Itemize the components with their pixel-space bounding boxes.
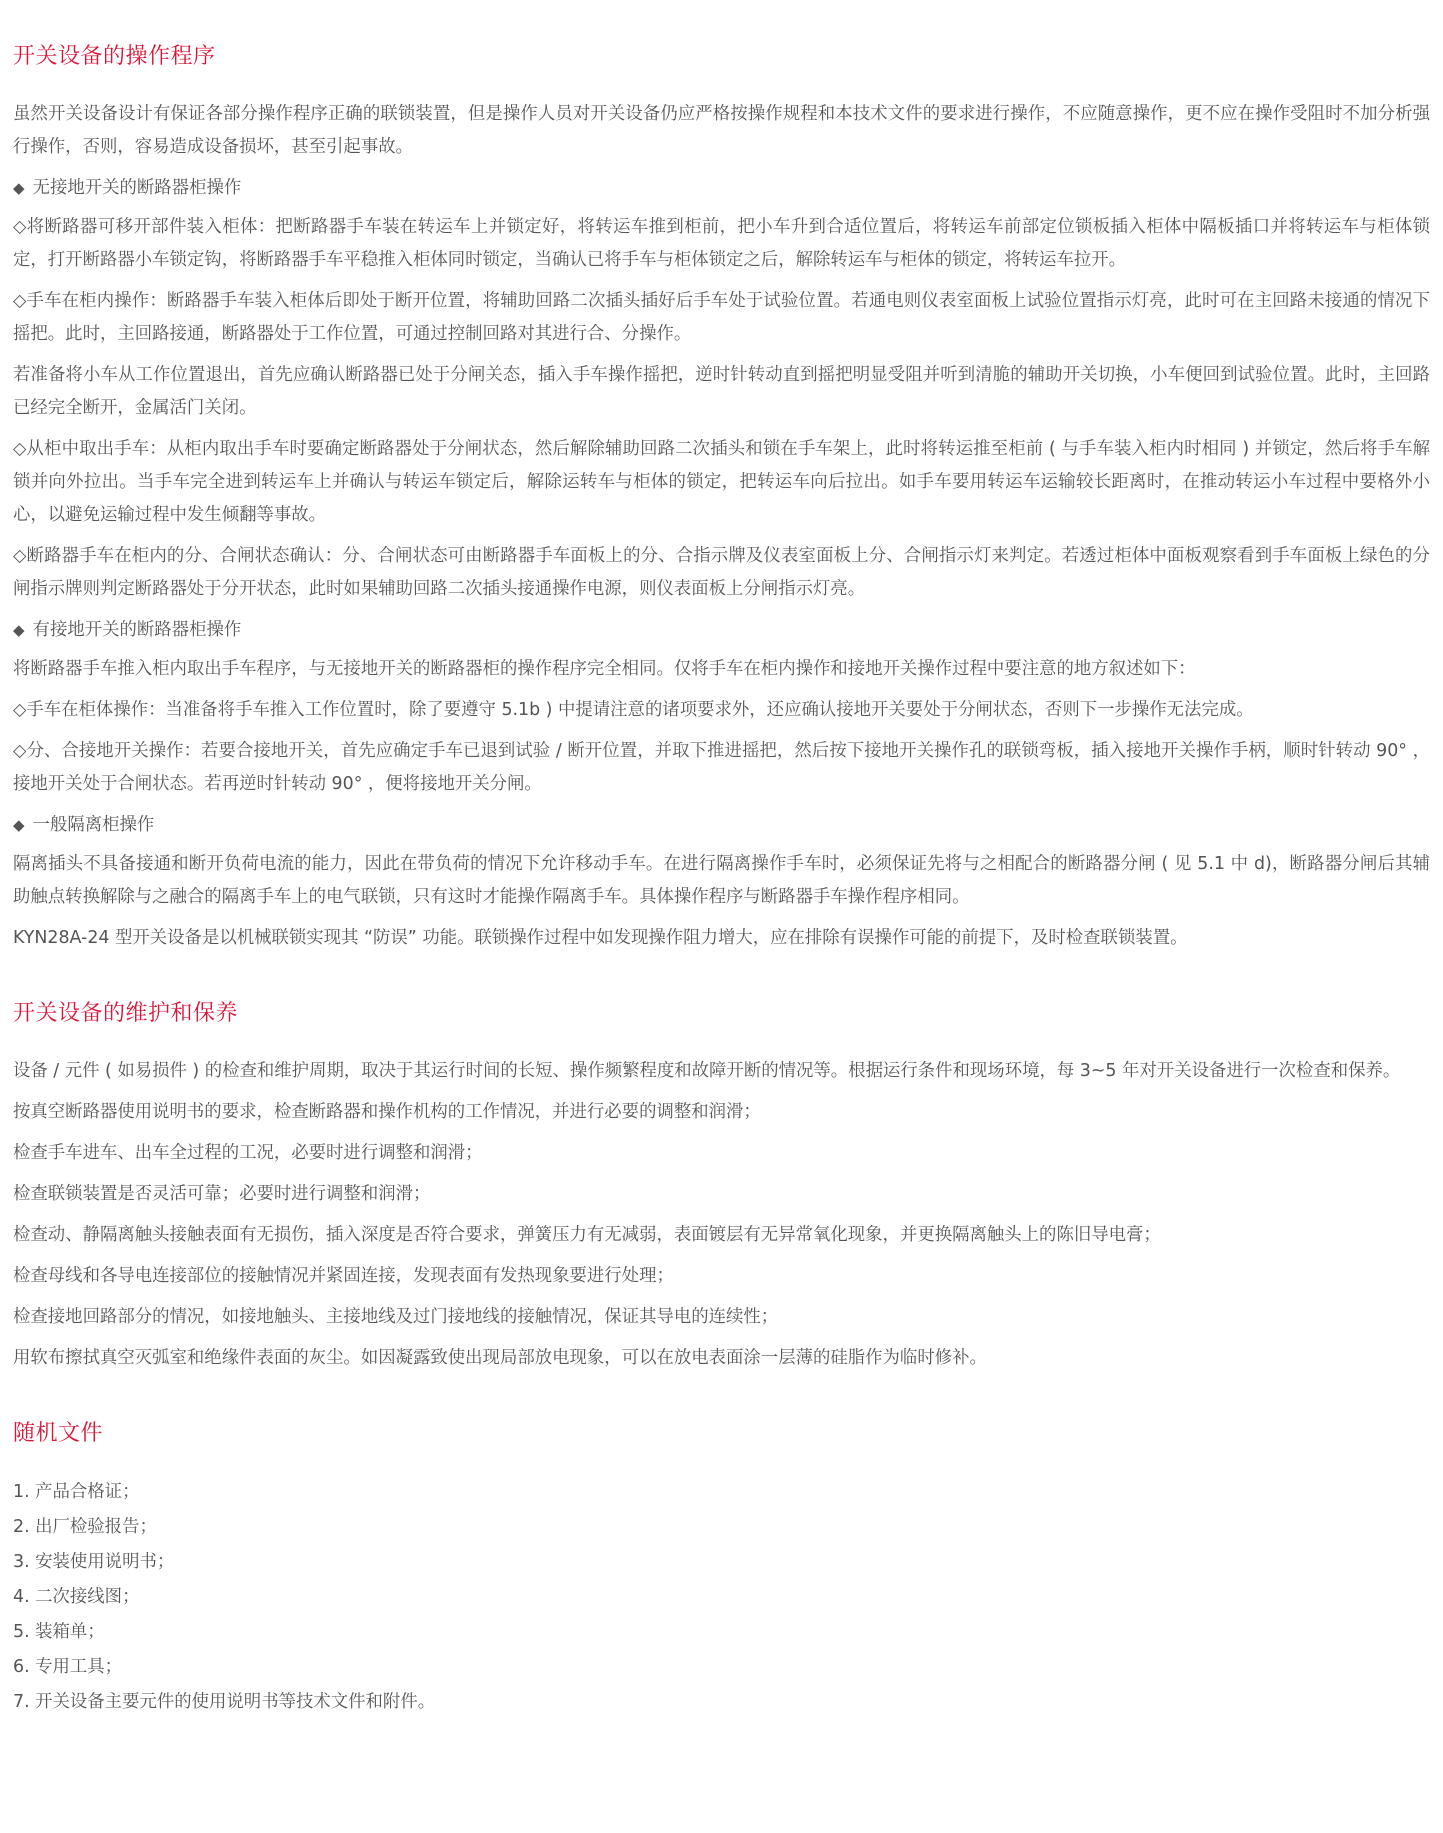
subheading-label: 有接地开关的断路器柜操作 (33, 620, 242, 640)
paragraph-intro: 虽然开关设备设计有保证各部分操作程序正确的联锁装置，但是操作人员对开关设备仍应严… (13, 98, 1430, 164)
list-item: 2. 出厂检验报告； (13, 1510, 1430, 1545)
subheading-label: 无接地开关的断路器柜操作 (33, 178, 242, 198)
list-item: 5. 装箱单； (13, 1615, 1430, 1650)
paragraph: KYN28A-24 型开关设备是以机械联锁实现其 “防误” 功能。联锁操作过程中… (13, 922, 1430, 955)
paragraph: ◇分、合接地开关操作：若要合接地开关，首先应确定手车已退到试验 / 断开位置，并… (13, 735, 1430, 801)
paragraph: 隔离插头不具备接通和断开负荷电流的能力，因此在带负荷的情况下允许移动手车。在进行… (13, 848, 1430, 914)
paragraph: 检查联锁装置是否灵活可靠；必要时进行调整和润滑； (13, 1178, 1430, 1211)
section-title: 开关设备的操作程序 (13, 42, 1430, 72)
paragraph: 检查接地回路部分的情况，如接地触头、主接地线及过门接地线的接触情况，保证其导电的… (13, 1301, 1430, 1334)
document-page: 开关设备的操作程序 虽然开关设备设计有保证各部分操作程序正确的联锁装置，但是操作… (0, 0, 1443, 1720)
paragraph: 检查手车进车、出车全过程的工况，必要时进行调整和润滑； (13, 1137, 1430, 1170)
paragraph: 用软布擦拭真空灭弧室和绝缘件表面的灰尘。如因凝露致使出现局部放电现象，可以在放电… (13, 1342, 1430, 1375)
list-item: 6. 专用工具； (13, 1650, 1430, 1685)
list-item: 3. 安装使用说明书； (13, 1545, 1430, 1580)
paragraph: ◇手车在柜内操作：断路器手车装入柜体后即处于断开位置，将辅助回路二次插头插好后手… (13, 285, 1430, 351)
paragraph: 设备 / 元件 ( 如易损件 ) 的检查和维护周期，取决于其运行时间的长短、操作… (13, 1055, 1430, 1088)
paragraph: ◇断路器手车在柜内的分、合闸状态确认：分、合闸状态可由断路器手车面板上的分、合指… (13, 540, 1430, 606)
documents-list: 1. 产品合格证； 2. 出厂检验报告； 3. 安装使用说明书； 4. 二次接线… (13, 1475, 1430, 1720)
diamond-bullet-icon: ◆ (13, 809, 25, 842)
section-operation-procedure: 开关设备的操作程序 虽然开关设备设计有保证各部分操作程序正确的联锁装置，但是操作… (13, 42, 1430, 955)
paragraph: 按真空断路器使用说明书的要求，检查断路器和操作机构的工作情况，并进行必要的调整和… (13, 1096, 1430, 1129)
paragraph: 将断路器手车推入柜内取出手车程序，与无接地开关的断路器柜的操作程序完全相同。仅将… (13, 653, 1430, 686)
paragraph: ◇手车在柜体操作：当准备将手车推入工作位置时，除了要遵守 5.1b ) 中提请注… (13, 694, 1430, 727)
list-item: 1. 产品合格证； (13, 1475, 1430, 1510)
paragraph: ◇从柜中取出手车：从柜内取出手车时要确定断路器处于分闸状态，然后解除辅助回路二次… (13, 433, 1430, 532)
section-title: 开关设备的维护和保养 (13, 999, 1430, 1029)
section-maintenance: 开关设备的维护和保养 设备 / 元件 ( 如易损件 ) 的检查和维护周期，取决于… (13, 999, 1430, 1375)
paragraph: ◇将断路器可移开部件装入柜体：把断路器手车装在转运车上并锁定好，将转运车推到柜前… (13, 211, 1430, 277)
subheading-no-earthing-switch: ◆无接地开关的断路器柜操作 (13, 172, 1430, 205)
list-item: 7. 开关设备主要元件的使用说明书等技术文件和附件。 (13, 1685, 1430, 1720)
section-accompanying-documents: 随机文件 1. 产品合格证； 2. 出厂检验报告； 3. 安装使用说明书； 4.… (13, 1419, 1430, 1720)
section-title: 随机文件 (13, 1419, 1430, 1449)
list-item: 4. 二次接线图； (13, 1580, 1430, 1615)
diamond-bullet-icon: ◆ (13, 172, 25, 205)
paragraph: 检查母线和各导电连接部位的接触情况并紧固连接，发现表面有发热现象要进行处理； (13, 1260, 1430, 1293)
subheading-label: 一般隔离柜操作 (33, 815, 155, 835)
paragraph: 检查动、静隔离触头接触表面有无损伤，插入深度是否符合要求，弹簧压力有无减弱，表面… (13, 1219, 1430, 1252)
subheading-isolation-cabinet: ◆一般隔离柜操作 (13, 809, 1430, 842)
subheading-with-earthing-switch: ◆有接地开关的断路器柜操作 (13, 614, 1430, 647)
diamond-bullet-icon: ◆ (13, 614, 25, 647)
paragraph: 若准备将小车从工作位置退出，首先应确认断路器已处于分闸关态，插入手车操作摇把，逆… (13, 359, 1430, 425)
